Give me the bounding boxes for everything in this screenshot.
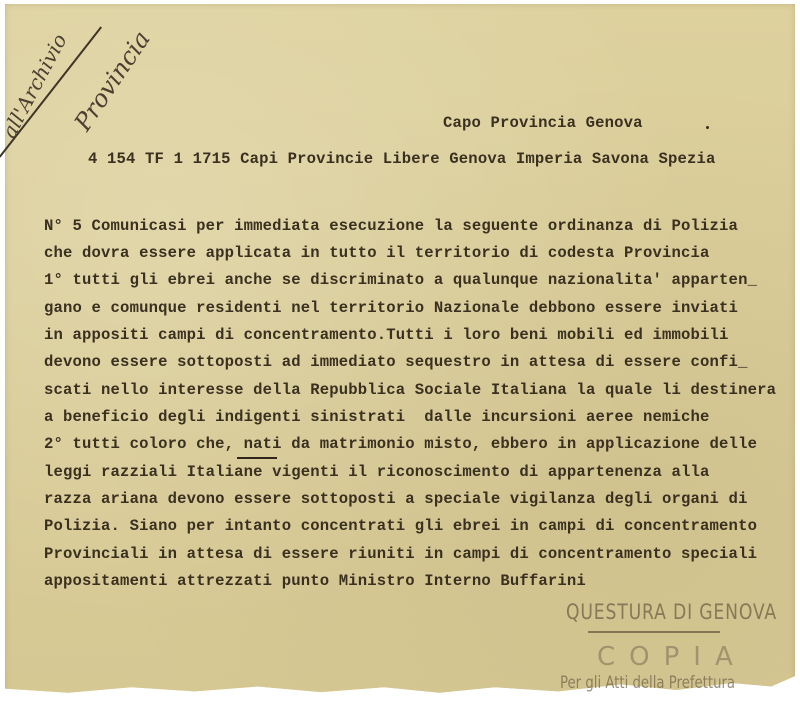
stamp-divider xyxy=(588,631,720,633)
body-line-10: leggi razziali Italiane vigenti il ricon… xyxy=(44,465,710,481)
body-line-1: N° 5 Comunicasi per immediata esecuzione… xyxy=(44,219,738,235)
stamp-subtitle: Per gli Atti della Prefettura xyxy=(560,673,735,693)
body-line-7: scati nello interesse della Repubblica S… xyxy=(44,383,776,399)
body-line-12: Polizia. Siano per intanto concentrati g… xyxy=(44,519,757,535)
body-line-14: appositamenti attrezzati punto Ministro … xyxy=(44,574,586,590)
body-line-5: in appositi campi di concentramento.Tutt… xyxy=(44,328,729,344)
body-line-3: 1° tutti gli ebrei anche se discriminato… xyxy=(44,273,757,289)
body-line-13: Provinciali in attesa di essere riuniti … xyxy=(44,547,757,563)
recipient-heading: Capo Provincia Genova xyxy=(443,116,643,132)
stamp-copia-label: COPIA xyxy=(597,642,747,672)
body-line-8: a beneficio degli indigenti sinistrati d… xyxy=(44,410,710,426)
stamp-questura-title: QUESTURA DI GENOVA xyxy=(566,600,777,624)
body-line-11: razza ariana devono essere sottoposti a … xyxy=(44,492,748,508)
body-line-6: devono essere sottoposti ad immediato se… xyxy=(44,355,748,371)
body-line-9: 2° tutti coloro che, nati da matrimonio … xyxy=(44,437,757,453)
ink-dot xyxy=(706,126,709,129)
transmission-header: 4 154 TF 1 1715 Capi Provincie Libere Ge… xyxy=(88,152,716,168)
body-line-4: gano e comunque residenti nel territorio… xyxy=(44,301,738,317)
underline-mark xyxy=(237,457,277,459)
body-line-2: che dovra essere applicata in tutto il t… xyxy=(44,246,710,262)
